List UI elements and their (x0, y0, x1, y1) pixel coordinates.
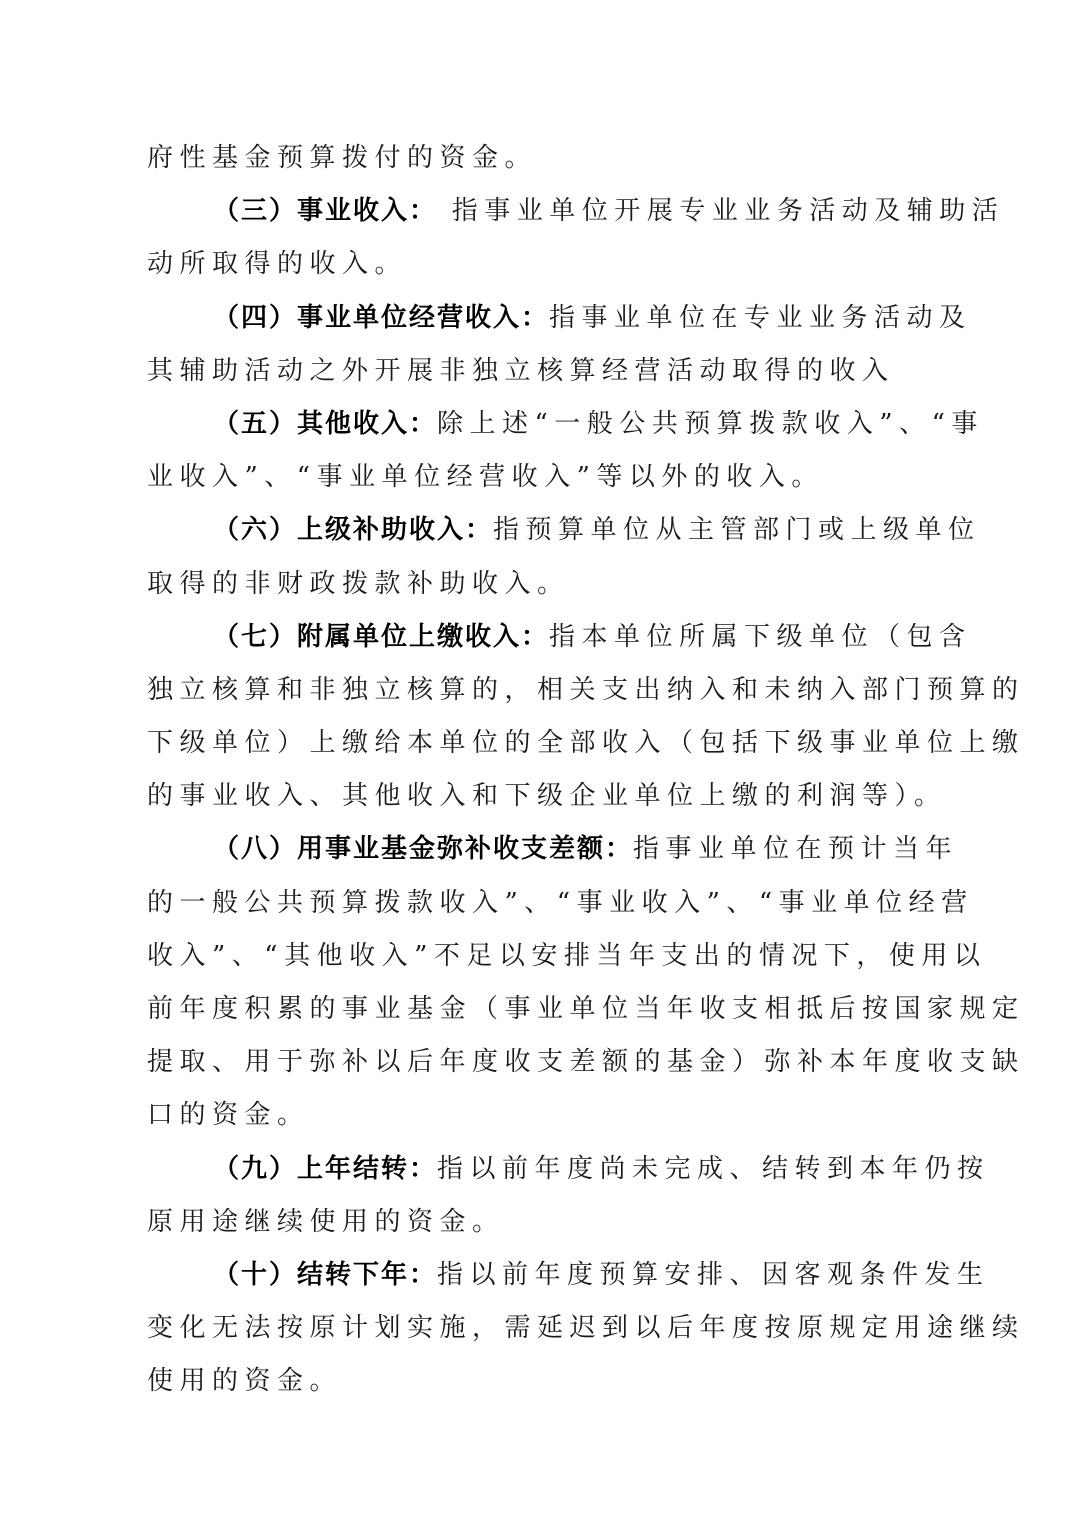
definition-item: （六）上级补助收入：指预算单位从主管部门或上级单位取得的非财政拨款补助收入。 (147, 504, 937, 610)
definition-heading: （七）附属单位上缴收入： (213, 622, 549, 652)
definition-continuation-line: 收入”、“其他收入”不足以安排当年支出的情况下，使用以 (147, 930, 937, 983)
definition-item: （七）附属单位上缴收入：指本单位所属下级单位（包含独立核算和非独立核算的，相关支… (147, 611, 937, 824)
definition-continuation-line: 提取、用于弥补以后年度收支差额的基金）弥补本年度收支缺 (147, 1036, 937, 1089)
definition-heading: （九）上年结转： (213, 1154, 437, 1184)
lead-line: 府性基金预算拨付的资金。 (147, 132, 937, 185)
definition-continuation-line: 的事业收入、其他收入和下级企业单位上缴的利润等）。 (147, 770, 937, 823)
definition-first-line: （五）其他收入：除上述“一般公共预算拨款收入”、“事 (147, 398, 937, 451)
definition-first-line: （四）事业单位经营收入：指事业单位在专业业务活动及 (147, 292, 937, 345)
definition-first-line: （三）事业收入： 指事业单位开展专业业务活动及辅助活 (147, 185, 937, 238)
definition-first-line: （十）结转下年：指以前年度预算安排、因客观条件发生 (147, 1249, 937, 1302)
definition-first-line: （六）上级补助收入：指预算单位从主管部门或上级单位 (147, 504, 937, 557)
definition-item: （五）其他收入：除上述“一般公共预算拨款收入”、“事业收入”、“事业单位经营收入… (147, 398, 937, 504)
definition-first-line: （八）用事业基金弥补收支差额：指事业单位在预计当年 (147, 823, 937, 876)
definition-text: 除上述“一般公共预算拨款收入”、“事 (437, 409, 984, 439)
definition-continuation-line: 的一般公共预算拨款收入”、“事业收入”、“事业单位经营 (147, 877, 937, 930)
definition-item: （三）事业收入： 指事业单位开展专业业务活动及辅助活动所取得的收入。 (147, 185, 937, 291)
definition-text: 指预算单位从主管部门或上级单位 (493, 515, 981, 545)
definition-heading: （三）事业收入： (213, 196, 437, 226)
definition-text: 指事业单位在专业业务活动及 (549, 303, 972, 333)
definition-continuation-line: 下级单位）上缴给本单位的全部收入（包括下级事业单位上缴 (147, 717, 937, 770)
definition-text: 指本单位所属下级单位（包含 (549, 622, 972, 652)
definition-continuation-line: 业收入”、“事业单位经营收入”等以外的收入。 (147, 451, 937, 504)
definition-heading: （四）事业单位经营收入： (213, 303, 549, 333)
definition-text: 指事业单位开展专业业务活动及辅助活 (437, 196, 1004, 226)
definition-heading: （八）用事业基金弥补收支差额： (213, 834, 633, 864)
definition-list: （三）事业收入： 指事业单位开展专业业务活动及辅助活动所取得的收入。（四）事业单… (147, 185, 937, 1408)
definition-heading: （十）结转下年： (213, 1260, 437, 1290)
definition-continuation-line: 其辅助活动之外开展非独立核算经营活动取得的收入 (147, 345, 937, 398)
definition-first-line: （七）附属单位上缴收入：指本单位所属下级单位（包含 (147, 611, 937, 664)
definition-item: （八）用事业基金弥补收支差额：指事业单位在预计当年的一般公共预算拨款收入”、“事… (147, 823, 937, 1142)
definition-continuation-line: 取得的非财政拨款补助收入。 (147, 558, 937, 611)
definition-continuation-line: 原用途继续使用的资金。 (147, 1196, 937, 1249)
definition-item: （九）上年结转：指以前年度尚未完成、结转到本年仍按原用途继续使用的资金。 (147, 1143, 937, 1249)
definition-item: （四）事业单位经营收入：指事业单位在专业业务活动及其辅助活动之外开展非独立核算经… (147, 292, 937, 398)
definition-continuation-line: 变化无法按原计划实施，需延迟到以后年度按原规定用途继续 (147, 1302, 937, 1355)
definition-heading: （五）其他收入： (213, 409, 437, 439)
document-page: 府性基金预算拨付的资金。 （三）事业收入： 指事业单位开展专业业务活动及辅助活动… (147, 132, 937, 1409)
definition-continuation-line: 口的资金。 (147, 1089, 937, 1142)
definition-item: （十）结转下年：指以前年度预算安排、因客观条件发生变化无法按原计划实施，需延迟到… (147, 1249, 937, 1409)
definition-continuation-line: 动所取得的收入。 (147, 238, 937, 291)
definition-continuation-line: 使用的资金。 (147, 1355, 937, 1408)
definition-first-line: （九）上年结转：指以前年度尚未完成、结转到本年仍按 (147, 1143, 937, 1196)
definition-heading: （六）上级补助收入： (213, 515, 493, 545)
definition-text: 指以前年度预算安排、因客观条件发生 (437, 1260, 990, 1290)
definition-continuation-line: 前年度积累的事业基金（事业单位当年收支相抵后按国家规定 (147, 983, 937, 1036)
definition-text: 指以前年度尚未完成、结转到本年仍按 (437, 1154, 990, 1184)
definition-text: 指事业单位在预计当年 (633, 834, 958, 864)
definition-continuation-line: 独立核算和非独立核算的，相关支出纳入和未纳入部门预算的 (147, 664, 937, 717)
